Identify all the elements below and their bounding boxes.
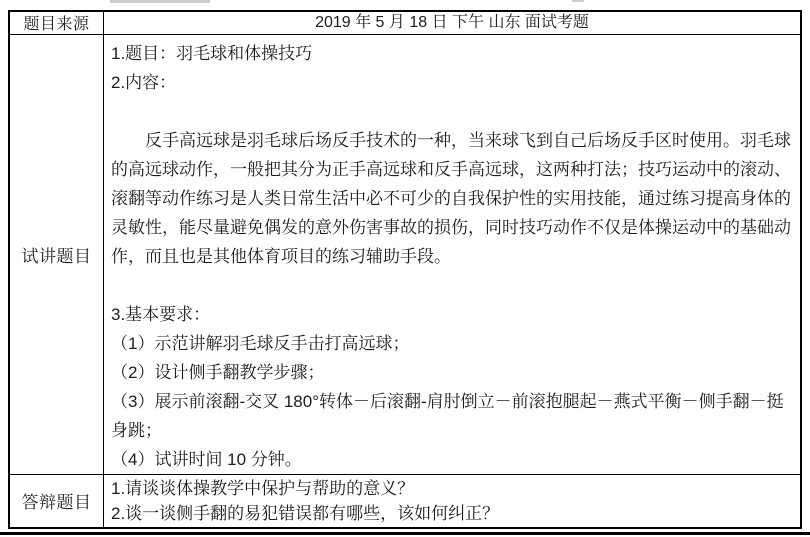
lecture-requirement-item: （1）示范讲解羽毛球反手击打高远球； — [111, 329, 794, 358]
defense-label: 答辩题目 — [22, 488, 92, 513]
source-value: 2019 年 5 月 18 日 下午 山东 面试考题 — [104, 12, 800, 34]
table-row-lecture: 试讲题目 1.题目：羽毛球和体操技巧 2.内容： 反手高远球是羽毛球后场反手技术… — [10, 35, 800, 475]
lecture-title-line: 1.题目：羽毛球和体操技巧 — [111, 39, 794, 68]
lecture-content-paragraph: 反手高远球是羽毛球后场反手技术的一种，当来球飞到自己后场反手区时使用。羽毛球的高… — [111, 126, 794, 271]
blank-line — [111, 271, 794, 300]
defense-label-cell: 答辩题目 — [10, 475, 104, 528]
scan-artifact — [572, 0, 584, 2]
table-row-defense: 答辩题目 1.请谈谈体操教学中保护与帮助的意义？ 2.谈一谈侧手翻的易犯错误都有… — [10, 475, 800, 528]
defense-question: 1.请谈谈体操教学中保护与帮助的意义？ — [111, 476, 794, 501]
source-label-cell: 题目来源 — [10, 12, 104, 34]
bottom-divider-line — [0, 532, 810, 535]
lecture-label: 试讲题目 — [22, 242, 92, 267]
lecture-requirement-item: （3）展示前滚翻-交叉 180°转体－后滚翻-肩肘倒立－前滚抱腿起－燕式平衡－侧… — [111, 387, 794, 445]
lecture-requirements-label: 3.基本要求： — [111, 300, 794, 329]
lecture-content-cell: 1.题目：羽毛球和体操技巧 2.内容： 反手高远球是羽毛球后场反手技术的一种，当… — [104, 35, 800, 474]
defense-content-cell: 1.请谈谈体操教学中保护与帮助的意义？ 2.谈一谈侧手翻的易犯错误都有哪些，该如… — [104, 475, 800, 528]
lecture-requirement-item: （2）设计侧手翻教学步骤； — [111, 358, 794, 387]
exam-question-table: 题目来源 2019 年 5 月 18 日 下午 山东 面试考题 试讲题目 1.题… — [8, 10, 802, 529]
blank-line — [111, 97, 794, 126]
source-label: 题目来源 — [23, 11, 89, 34]
lecture-requirement-item: （4）试讲时间 10 分钟。 — [111, 445, 794, 474]
lecture-content-label: 2.内容： — [111, 68, 794, 97]
table-row-source: 题目来源 2019 年 5 月 18 日 下午 山东 面试考题 — [10, 12, 800, 35]
defense-question: 2.谈一谈侧手翻的易犯错误都有哪些，该如何纠正？ — [111, 501, 794, 526]
document-page: 题目来源 2019 年 5 月 18 日 下午 山东 面试考题 试讲题目 1.题… — [0, 0, 810, 537]
scan-artifact — [110, 0, 210, 3]
lecture-label-cell: 试讲题目 — [10, 35, 104, 474]
